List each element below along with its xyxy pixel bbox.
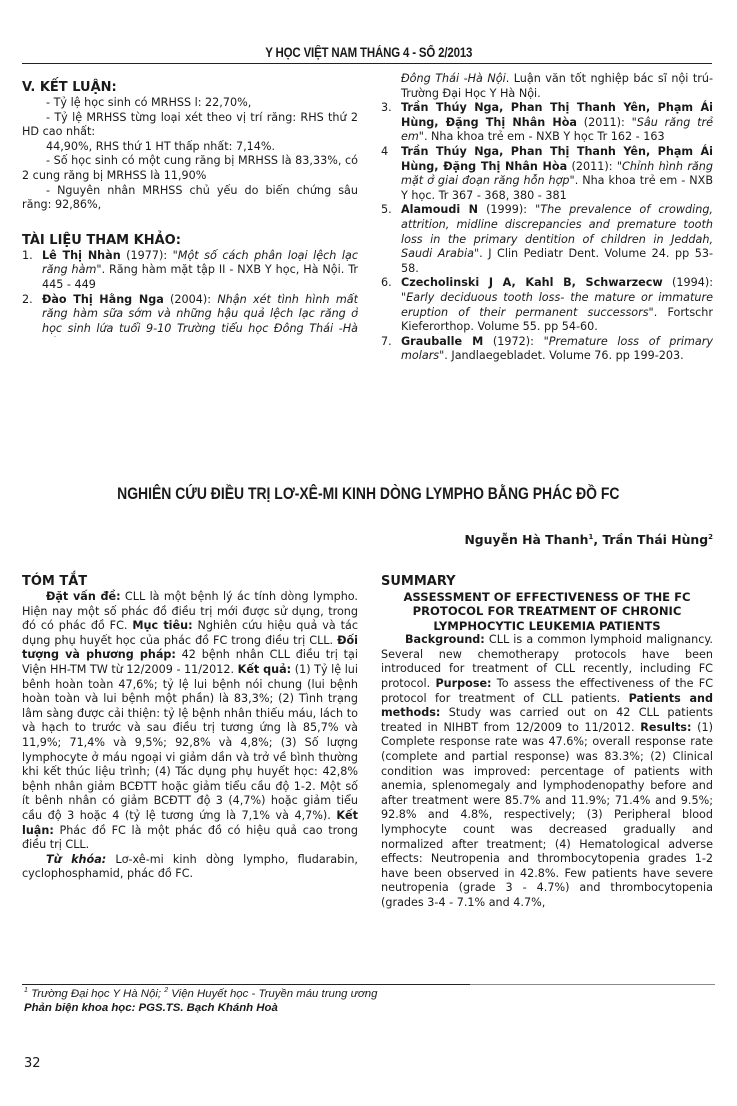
article-title: NGHIÊN CỨU ĐIỀU TRỊ LƠ-XÊ-MI KINH DÒNG L… (0, 487, 737, 504)
summary-title: ASSESSMENT OF EFFECTIVENESS OF THE FC PR… (381, 590, 713, 633)
keywords: Từ khóa: Lơ-xê-mi kinh dòng lympho, flud… (22, 853, 358, 882)
running-header: Y HỌC VIỆT NAM THÁNG 4 - SỐ 2/2013 (0, 46, 737, 62)
conclusion-item: - Tỷ lệ học sinh có MRHSS l: 22,70%, (22, 96, 358, 111)
conclusion-item: - Số học sinh có một cung răng bị MRHSS … (22, 154, 358, 183)
abstract-english: SUMMARY ASSESSMENT OF EFFECTIVENESS OF T… (381, 574, 713, 911)
author-name: Nguyễn Hà Thanh (464, 532, 588, 547)
footnote: 1 Trường Đại học Y Hà Nội; 2 Viện Huyết … (24, 987, 377, 1015)
prev-article-left-column: V. KẾT LUẬN: - Tỷ lệ học sinh có MRHSS l… (22, 80, 358, 337)
affiliations: 1 Trường Đại học Y Hà Nội; 2 Viện Huyết … (24, 987, 377, 1001)
reference-item: 2.Đào Thị Hằng Nga (2004): Nhận xét tình… (22, 293, 358, 337)
journal-issue: Y HỌC VIỆT NAM THÁNG 4 - SỐ 2/2013 (265, 46, 472, 61)
references-heading: TÀI LIỆU THAM KHẢO: (22, 233, 358, 249)
reviewer: Phản biện khoa học: PGS.TS. Bạch Khánh H… (24, 1001, 377, 1015)
summary-body: Background: CLL is a common lymphoid mal… (381, 633, 713, 910)
conclusion-heading: V. KẾT LUẬN: (22, 80, 358, 96)
reference-continuation: Đông Thái -Hà Nội. Luận văn tốt nghiệp b… (381, 72, 713, 101)
abstract-vietnamese: TÓM TẮT Đặt vấn đề: CLL là một bệnh lý á… (22, 574, 358, 882)
reference-item: 6.Czecholinski J A, Kahl B, Schwarzecw (… (381, 276, 713, 334)
page-number: 32 (24, 1057, 41, 1072)
conclusion-item: - Nguyên nhân MRHSS chủ yếu do biến chứn… (22, 184, 358, 213)
summary-heading: SUMMARY (381, 574, 713, 590)
reference-item: 3.Trần Thúy Nga, Phan Thị Thanh Yên, Phạ… (381, 101, 713, 145)
reference-item: 1.Lê Thị Nhàn (1977): "Một số cách phân … (22, 249, 358, 293)
reference-item: 5.Alamoudi N (1999): "The prevalence of … (381, 203, 713, 276)
header-rule (22, 63, 712, 64)
reference-item: 4Trần Thúy Nga, Phan Thị Thanh Yên, Phạm… (381, 145, 713, 203)
conclusion-item: - Tỷ lệ MRHSS từng loại xét theo vị trí … (22, 111, 358, 140)
author-name: Trần Thái Hùng (602, 532, 708, 547)
abstract-body: Đặt vấn đề: CLL là một bệnh lý ác tính d… (22, 590, 358, 853)
reference-item: 7.Grauballe M (1972): "Premature loss of… (381, 335, 713, 364)
author-list: Nguyễn Hà Thanh1, Trần Thái Hùng2 (464, 533, 713, 548)
prev-article-right-column: Đông Thái -Hà Nội. Luận văn tốt nghiệp b… (381, 72, 713, 364)
footnote-rule-right (470, 984, 715, 985)
footnote-rule (22, 984, 472, 985)
conclusion-item: 44,90%, RHS thứ 1 HT thấp nhất: 7,14%. (22, 140, 358, 155)
abstract-heading: TÓM TẮT (22, 574, 358, 590)
